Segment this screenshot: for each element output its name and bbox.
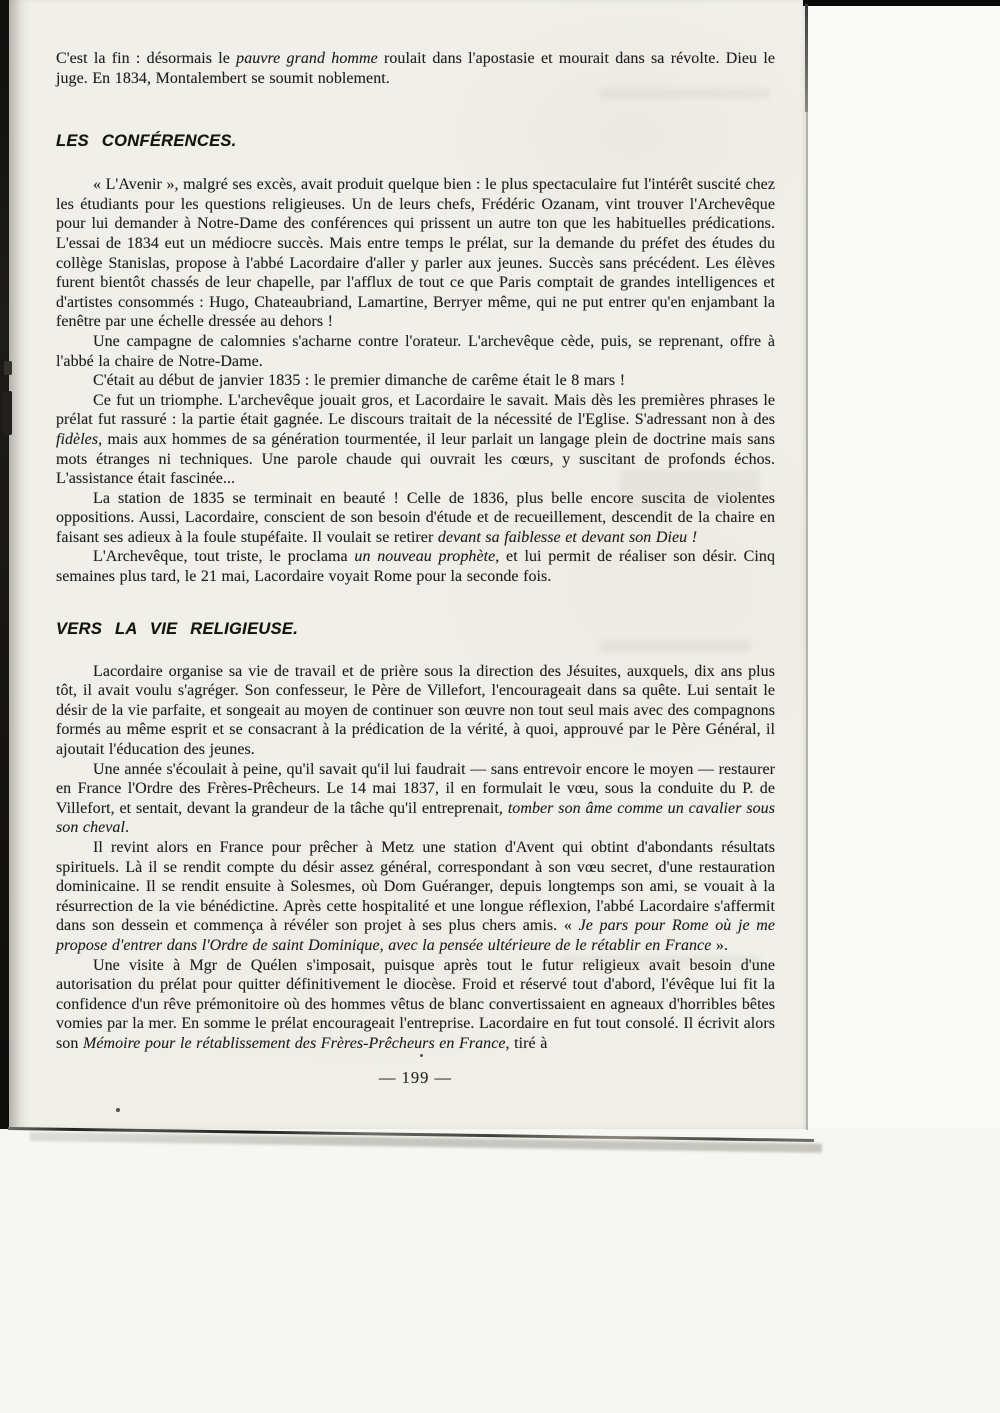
paragraph: Une campagne de calomnies s'acharne cont… [56, 332, 775, 371]
bleed-through-smudge [560, 955, 760, 967]
paragraph: Il revint alors en France pour prêcher à… [56, 838, 775, 956]
scan-left-edge-mark [4, 361, 12, 375]
scan-left-edge-mark [3, 391, 12, 435]
paragraph: « L'Avenir », malgré ses excès, avait pr… [56, 175, 775, 332]
bleed-through-smudge [600, 88, 770, 98]
section-heading-vers-la-vie-religieuse: VERS LA VIE RELIGIEUSE. [56, 620, 775, 638]
paragraph: Une visite à Mgr de Quélen s'imposait, p… [56, 956, 775, 1054]
page-number: — 199 — [56, 1068, 775, 1088]
section-heading-les-conferences: LES CONFÉRENCES. [56, 132, 775, 150]
underlying-page-bottom [0, 1128, 1000, 1413]
scan-left-edge-strip [0, 0, 9, 1129]
paragraph-intro: C'est la fin : désormais le pauvre grand… [56, 49, 775, 88]
scan-speck [116, 1108, 120, 1112]
paragraph: C'était au début de janvier 1835 : le pr… [56, 371, 775, 391]
paragraph: Lacordaire organise sa vie de travail et… [56, 662, 775, 760]
bleed-through-smudge [620, 470, 760, 510]
scanned-document: C'est la fin : désormais le pauvre grand… [0, 0, 1000, 1413]
page-right-edge-dark-segment [805, 4, 808, 112]
scan-top-edge-bar [803, 0, 1000, 6]
scan-speck [420, 1054, 423, 1057]
bleed-through-smudge [600, 640, 750, 652]
page-right-edge-line [806, 4, 808, 1130]
paragraph: L'Archevêque, tout triste, le proclama u… [56, 547, 775, 586]
paragraph: Une année s'écoulait à peine, qu'il sava… [56, 760, 775, 838]
page-content: C'est la fin : désormais le pauvre grand… [56, 0, 775, 1088]
